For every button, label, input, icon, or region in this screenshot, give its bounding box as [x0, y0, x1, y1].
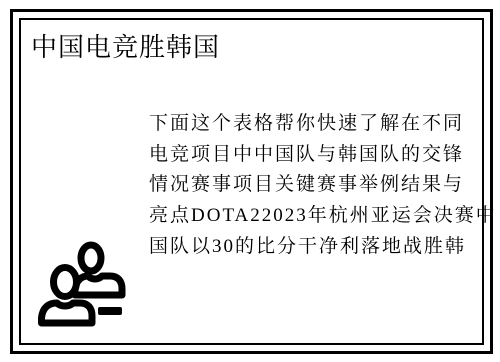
- body-line: 下面这个表格帮你快速了解在不同: [149, 109, 481, 140]
- two-people-icon: [38, 239, 128, 327]
- article-body: 下面这个表格帮你快速了解在不同 电竞项目中中国队与韩国队的交锋 情况赛事项目关键…: [149, 109, 481, 263]
- body-line: 电竞项目中中国队与韩国队的交锋: [149, 140, 481, 171]
- body-line: 情况赛事项目关键赛事举例结果与: [149, 170, 481, 201]
- article-title: 中国电竞胜韩国: [31, 33, 220, 61]
- body-line: 国队以30的比分干净利落地战胜韩: [149, 232, 481, 263]
- body-line: 亮点DOTA22023年杭州亚运会决赛中: [149, 201, 481, 232]
